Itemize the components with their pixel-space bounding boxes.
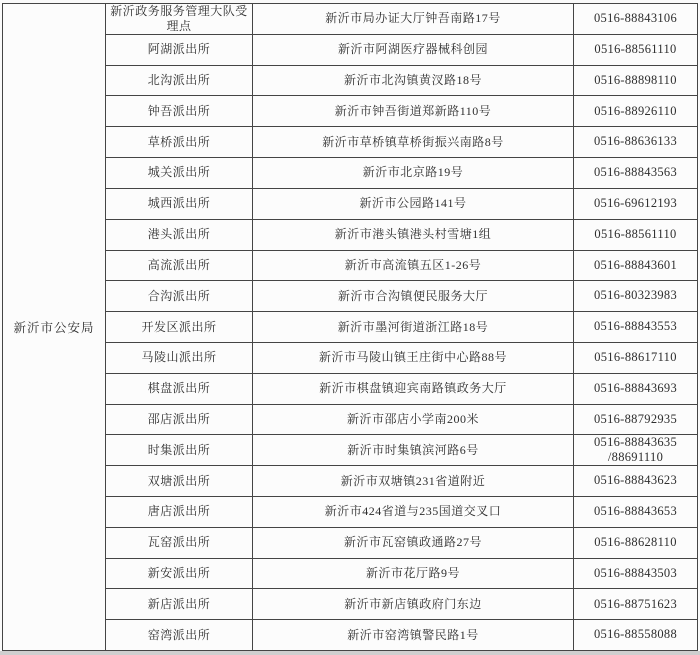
phone-cell: 0516-88843623 <box>574 466 697 496</box>
station-name-cell: 窑湾派出所 <box>106 620 252 650</box>
address-cell: 新沂市局办证大厅钟吾南路17号 <box>252 4 574 34</box>
phone-cell: 0516-88843563 <box>574 158 697 188</box>
phone-cell: 0516-88843553 <box>574 312 697 342</box>
address-cell: 新沂市邵店小学南200米 <box>252 405 574 435</box>
table-row: 瓦窑派出所 新沂市瓦窑镇政通路27号 0516-88628110 <box>106 527 697 558</box>
phone-cell: 0516-88561110 <box>574 35 697 65</box>
address-cell: 新沂市北沟镇黄汊路18号 <box>252 66 574 96</box>
station-name-cell: 棋盘派出所 <box>106 374 252 404</box>
table-row: 草桥派出所 新沂市草桥镇草桥街振兴南路8号 0516-88636133 <box>106 126 697 157</box>
address-cell: 新沂市合沟镇便民服务大厅 <box>252 281 574 311</box>
table-row: 唐店派出所 新沂市424省道与235国道交叉口 0516-88843653 <box>106 496 697 527</box>
page-bottom-strip <box>0 651 700 655</box>
station-name-cell: 开发区派出所 <box>106 312 252 342</box>
phone-cell: 0516-88926110 <box>574 96 697 126</box>
station-name-cell: 马陵山派出所 <box>106 343 252 373</box>
station-name-cell: 合沟派出所 <box>106 281 252 311</box>
table-row: 时集派出所 新沂市时集镇滨河路6号 0516-88843635 /8869111… <box>106 434 697 465</box>
table-rows: 新沂政务服务管理大队受理点 新沂市局办证大厅钟吾南路17号 0516-88843… <box>106 4 697 650</box>
station-name-cell: 双塘派出所 <box>106 466 252 496</box>
phone-cell: 0516-88843601 <box>574 251 697 281</box>
station-name-cell: 新沂政务服务管理大队受理点 <box>106 4 252 34</box>
phone-cell: 0516-88558088 <box>574 620 697 650</box>
page: 新沂市公安局 新沂政务服务管理大队受理点 新沂市局办证大厅钟吾南路17号 051… <box>0 0 700 655</box>
table-row: 双塘派出所 新沂市双塘镇231省道附近 0516-88843623 <box>106 465 697 496</box>
table-row: 钟吾派出所 新沂市钟吾街道郑新路110号 0516-88926110 <box>106 95 697 126</box>
phone-cell: 0516-80323983 <box>574 281 697 311</box>
stations-table: 新沂市公安局 新沂政务服务管理大队受理点 新沂市局办证大厅钟吾南路17号 051… <box>2 3 698 651</box>
address-cell: 新沂市时集镇滨河路6号 <box>252 435 574 465</box>
address-cell: 新沂市草桥镇草桥街振兴南路8号 <box>252 127 574 157</box>
table-row: 新沂政务服务管理大队受理点 新沂市局办证大厅钟吾南路17号 0516-88843… <box>106 4 697 34</box>
phone-cell: 0516-88751623 <box>574 589 697 619</box>
station-name-cell: 新店派出所 <box>106 589 252 619</box>
table-row: 棋盘派出所 新沂市棋盘镇迎宾南路镇政务大厅 0516-88843693 <box>106 373 697 404</box>
table-row: 合沟派出所 新沂市合沟镇便民服务大厅 0516-80323983 <box>106 280 697 311</box>
phone-cell: 0516-88843106 <box>574 4 697 34</box>
table-row: 新店派出所 新沂市新店镇政府门东边 0516-88751623 <box>106 588 697 619</box>
phone-cell: 0516-88843503 <box>574 559 697 589</box>
phone-cell: 0516-88843635 /88691110 <box>574 435 697 465</box>
address-cell: 新沂市双塘镇231省道附近 <box>252 466 574 496</box>
station-name-cell: 瓦窑派出所 <box>106 528 252 558</box>
station-name-cell: 城关派出所 <box>106 158 252 188</box>
address-cell: 新沂市北京路19号 <box>252 158 574 188</box>
station-name-cell: 新安派出所 <box>106 559 252 589</box>
address-cell: 新沂市棋盘镇迎宾南路镇政务大厅 <box>252 374 574 404</box>
phone-cell: 0516-69612193 <box>574 189 697 219</box>
station-name-cell: 阿湖派出所 <box>106 35 252 65</box>
phone-cell: 0516-88561110 <box>574 220 697 250</box>
table-row: 城西派出所 新沂市公园路141号 0516-69612193 <box>106 188 697 219</box>
address-cell: 新沂市马陵山镇王庄街中心路88号 <box>252 343 574 373</box>
station-name-cell: 北沟派出所 <box>106 66 252 96</box>
table-row: 阿湖派出所 新沂市阿湖医疗器械科创园 0516-88561110 <box>106 34 697 65</box>
address-cell: 新沂市阿湖医疗器械科创园 <box>252 35 574 65</box>
table-row: 新安派出所 新沂市花厅路9号 0516-88843503 <box>106 558 697 589</box>
station-name-cell: 钟吾派出所 <box>106 96 252 126</box>
station-name-cell: 港头派出所 <box>106 220 252 250</box>
phone-cell: 0516-88628110 <box>574 528 697 558</box>
phone-cell: 0516-88898110 <box>574 66 697 96</box>
station-name-cell: 时集派出所 <box>106 435 252 465</box>
phone-cell: 0516-88617110 <box>574 343 697 373</box>
phone-cell: 0516-88792935 <box>574 405 697 435</box>
address-cell: 新沂市新店镇政府门东边 <box>252 589 574 619</box>
phone-cell: 0516-88843653 <box>574 497 697 527</box>
table-row: 邵店派出所 新沂市邵店小学南200米 0516-88792935 <box>106 404 697 435</box>
address-cell: 新沂市花厅路9号 <box>252 559 574 589</box>
bureau-label: 新沂市公安局 <box>3 4 106 650</box>
table-row: 马陵山派出所 新沂市马陵山镇王庄街中心路88号 0516-88617110 <box>106 342 697 373</box>
address-cell: 新沂市424省道与235国道交叉口 <box>252 497 574 527</box>
table-row: 高流派出所 新沂市高流镇五区1-26号 0516-88843601 <box>106 250 697 281</box>
phone-cell: 0516-88636133 <box>574 127 697 157</box>
address-cell: 新沂市高流镇五区1-26号 <box>252 251 574 281</box>
address-cell: 新沂市港头镇港头村雪塘1组 <box>252 220 574 250</box>
address-cell: 新沂市墨河街道浙江路18号 <box>252 312 574 342</box>
address-cell: 新沂市钟吾街道郑新路110号 <box>252 96 574 126</box>
table-row: 窑湾派出所 新沂市窑湾镇警民路1号 0516-88558088 <box>106 619 697 650</box>
phone-cell: 0516-88843693 <box>574 374 697 404</box>
table-row: 开发区派出所 新沂市墨河街道浙江路18号 0516-88843553 <box>106 311 697 342</box>
station-name-cell: 高流派出所 <box>106 251 252 281</box>
station-name-cell: 草桥派出所 <box>106 127 252 157</box>
table-row: 北沟派出所 新沂市北沟镇黄汊路18号 0516-88898110 <box>106 65 697 96</box>
table-row: 港头派出所 新沂市港头镇港头村雪塘1组 0516-88561110 <box>106 219 697 250</box>
table-row: 城关派出所 新沂市北京路19号 0516-88843563 <box>106 157 697 188</box>
station-name-cell: 邵店派出所 <box>106 405 252 435</box>
address-cell: 新沂市瓦窑镇政通路27号 <box>252 528 574 558</box>
station-name-cell: 唐店派出所 <box>106 497 252 527</box>
address-cell: 新沂市公园路141号 <box>252 189 574 219</box>
address-cell: 新沂市窑湾镇警民路1号 <box>252 620 574 650</box>
station-name-cell: 城西派出所 <box>106 189 252 219</box>
